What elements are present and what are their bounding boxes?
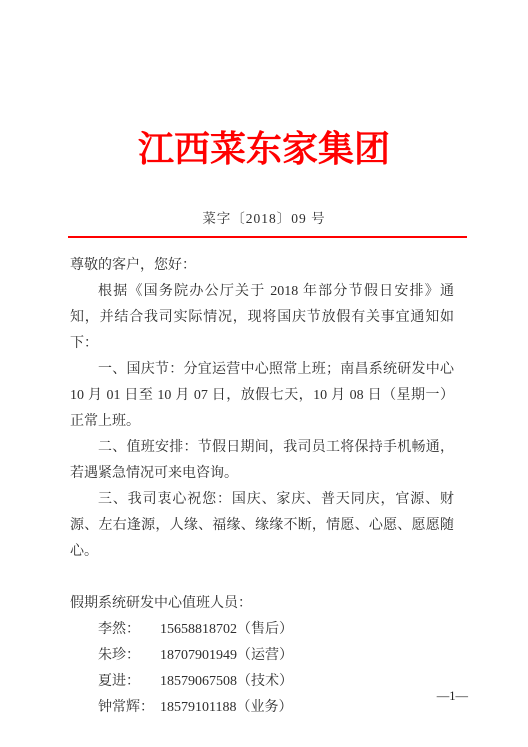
letterhead-divider-rule [68,236,467,238]
company-letterhead-title: 江西菜东家集团 [0,124,528,174]
notice-body: 尊敬的客户，您好： 根据《国务院办公厅关于 2018 年部分节假日安排》通知，并… [70,253,454,721]
contact-row: 朱珍： 18707901949（运营） [98,643,454,669]
contact-phone: 15658818702（售后） [160,617,293,643]
contact-phone: 18579067508（技术） [160,669,293,695]
duty-list-header: 假期系统研发中心值班人员： [70,591,454,617]
page-number: —1— [437,688,468,704]
notice-paragraph-duty: 二、值班安排：节假日期间，我司员工将保持手机畅通，若遇紧急情况可来电咨询。 [70,435,454,487]
contact-phone: 18579101188（业务） [160,695,292,721]
contact-name: 李然： [98,617,160,643]
contact-name: 朱珍： [98,643,160,669]
contact-row: 夏进： 18579067508（技术） [98,669,454,695]
document-number: 菜字〔2018〕09 号 [0,206,528,232]
notice-paragraph-basis: 根据《国务院办公厅关于 2018 年部分节假日安排》通知，并结合我司实际情况，现… [70,279,454,357]
blank-line-spacer [70,565,454,591]
contact-name: 钟常辉： [98,695,160,721]
notice-paragraph-wishes: 三、我司衷心祝您：国庆、家庆、普天同庆，官源、财源、左右逢源，人缘、福缘、缘缘不… [70,487,454,565]
notice-document-page: 江西菜东家集团 菜字〔2018〕09 号 尊敬的客户，您好： 根据《国务院办公厅… [0,0,528,747]
contact-row: 李然： 15658818702（售后） [98,617,454,643]
contact-name: 夏进： [98,669,160,695]
greeting-line: 尊敬的客户，您好： [70,253,454,279]
contact-phone: 18707901949（运营） [160,643,293,669]
notice-paragraph-holiday: 一、国庆节：分宜运营中心照常上班；南昌系统研发中心 10 月 01 日至 10 … [70,357,454,435]
contact-row: 钟常辉： 18579101188（业务） [98,695,454,721]
